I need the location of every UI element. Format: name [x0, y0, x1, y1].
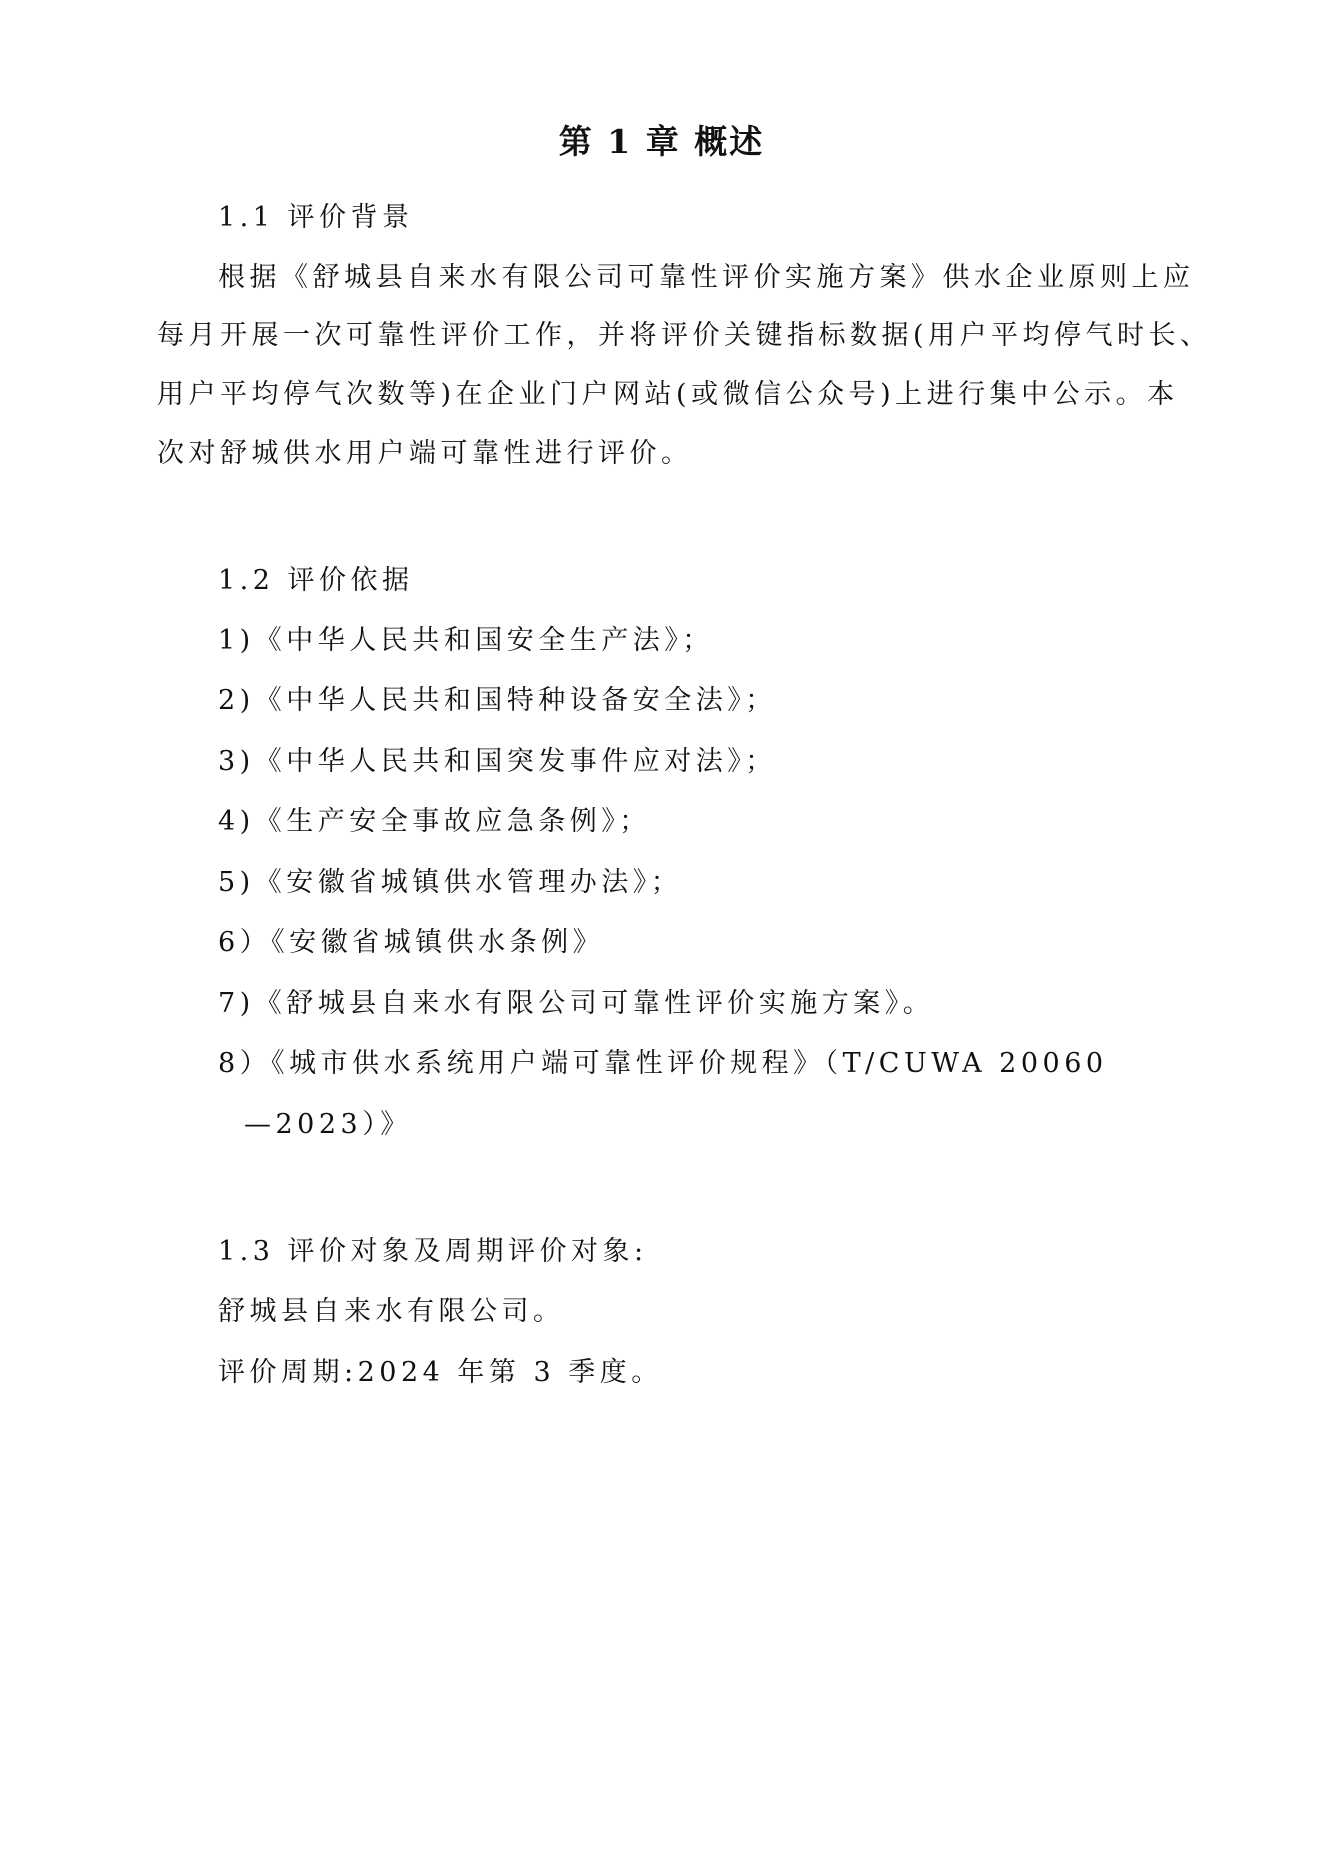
reference-item-2: 2)《中华人民共和国特种设备安全法》； [218, 683, 777, 719]
section-heading-1-3: 1.3 评价对象及周期评价对象: [218, 1234, 648, 1270]
section-heading-1-1: 1.1 评价背景 [218, 200, 414, 236]
reference-item-1: 1)《中华人民共和国安全生产法》； [218, 623, 714, 659]
reference-item-4: 4)《生产安全事故应急条例》； [218, 804, 651, 840]
paragraph-line: 每月开展一次可靠性评价工作，并将评价关键指标数据(用户平均停气时长、 [157, 318, 1212, 354]
reference-item-7: 7)《舒城县自来水有限公司可靠性评价实施方案》。 [218, 986, 934, 1022]
paragraph-line: 根据《舒城县自来水有限公司可靠性评价实施方案》供水企业原则上应 [218, 260, 1195, 296]
evaluation-period: 评价周期:2024 年第 3 季度。 [218, 1355, 663, 1391]
paragraph-line: 用户平均停气次数等)在企业门户网站(或微信公众号)上进行集中公示。本 [157, 377, 1179, 413]
chapter-title: 第 1 章 概述 [0, 122, 1323, 162]
reference-item-8: 8）《城市供水系统用户端可靠性评价规程》（T/CUWA 20060 [218, 1046, 1108, 1082]
reference-item-8-continuation: —2023）》 [244, 1107, 412, 1143]
paragraph-line: 次对舒城供水用户端可靠性进行评价。 [157, 436, 693, 472]
section-heading-1-2: 1.2 评价依据 [218, 563, 414, 599]
evaluation-object: 舒城县自来水有限公司。 [218, 1294, 565, 1330]
reference-item-5: 5)《安徽省城镇供水管理办法》； [218, 865, 682, 901]
reference-item-6: 6）《安徽省城镇供水条例》 [218, 925, 604, 961]
reference-item-3: 3)《中华人民共和国突发事件应对法》； [218, 744, 777, 780]
document-page: 第 1 章 概述 1.1 评价背景 根据《舒城县自来水有限公司可靠性评价实施方案… [0, 0, 1323, 1871]
